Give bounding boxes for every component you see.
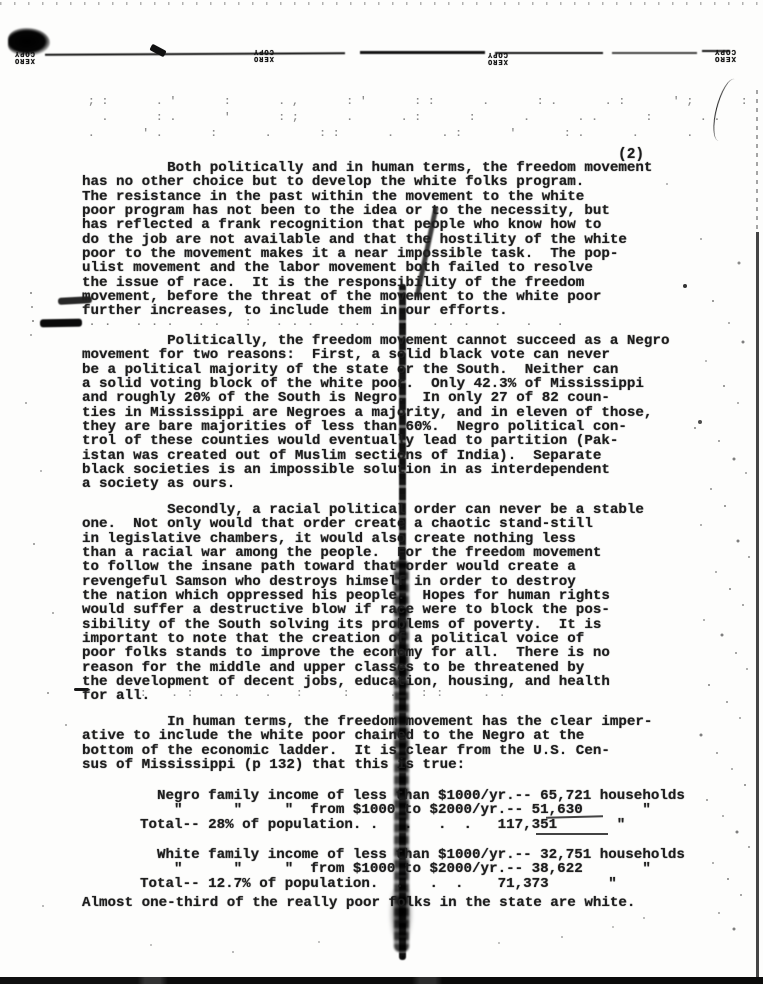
- faded-text-noise: ;: .' : ., :' :: . :. .: '; : .: . :. ' …: [88, 94, 648, 142]
- paragraph-politically: Politically, the freedom movement cannot…: [82, 334, 669, 492]
- income-table-negro: Negro family income of less than $1000/y…: [140, 789, 685, 832]
- xero-copy-stamp: XERO COPY: [253, 48, 274, 61]
- stamp-copy-text: COPY: [487, 51, 508, 58]
- scratch-line: [612, 52, 697, 54]
- page-right-edge-line: [756, 232, 759, 982]
- paragraph-human-terms: In human terms, the freedom movement has…: [82, 715, 652, 772]
- underline-mark: [536, 833, 608, 835]
- paragraph-freedom-movement: Both politically and in human terms, the…: [82, 161, 652, 319]
- xero-copy-stamp: XERO COPY: [487, 51, 508, 64]
- stamp-copy-text: COPY: [714, 48, 736, 55]
- xero-copy-stamp: XERO COPY: [714, 48, 736, 61]
- scan-speckles: [0, 0, 2, 2]
- stamp-xero-text: XERO: [14, 57, 35, 64]
- stamp-xero-text: XERO: [487, 58, 508, 65]
- stamp-xero-text: XERO: [253, 55, 274, 62]
- ink-smear: [40, 319, 82, 328]
- scan-edge-dots: [0, 2, 763, 5]
- page-right-edge-line: [756, 90, 758, 232]
- closing-line: Almost one-third of the really poor folk…: [82, 896, 635, 910]
- page-bottom-edge-bar: [0, 977, 763, 984]
- scratch-line: [45, 52, 345, 56]
- stamp-copy-text: COPY: [253, 48, 274, 55]
- stamp-xero-text: XERO: [714, 55, 736, 62]
- stamp-copy-text: COPY: [14, 50, 35, 57]
- paragraph-secondly: Secondly, a racial political order can n…: [82, 503, 644, 704]
- scratch-line: [495, 52, 603, 54]
- pen-squiggle-artifact: [709, 76, 745, 143]
- xero-copy-stamp: XERO COPY: [14, 50, 35, 63]
- income-table-white: White family income of less than $1000/y…: [140, 848, 685, 891]
- scratch-line: [360, 51, 485, 54]
- scanned-document-page: XERO COPY XERO COPY XERO COPY XERO COPY …: [0, 0, 763, 985]
